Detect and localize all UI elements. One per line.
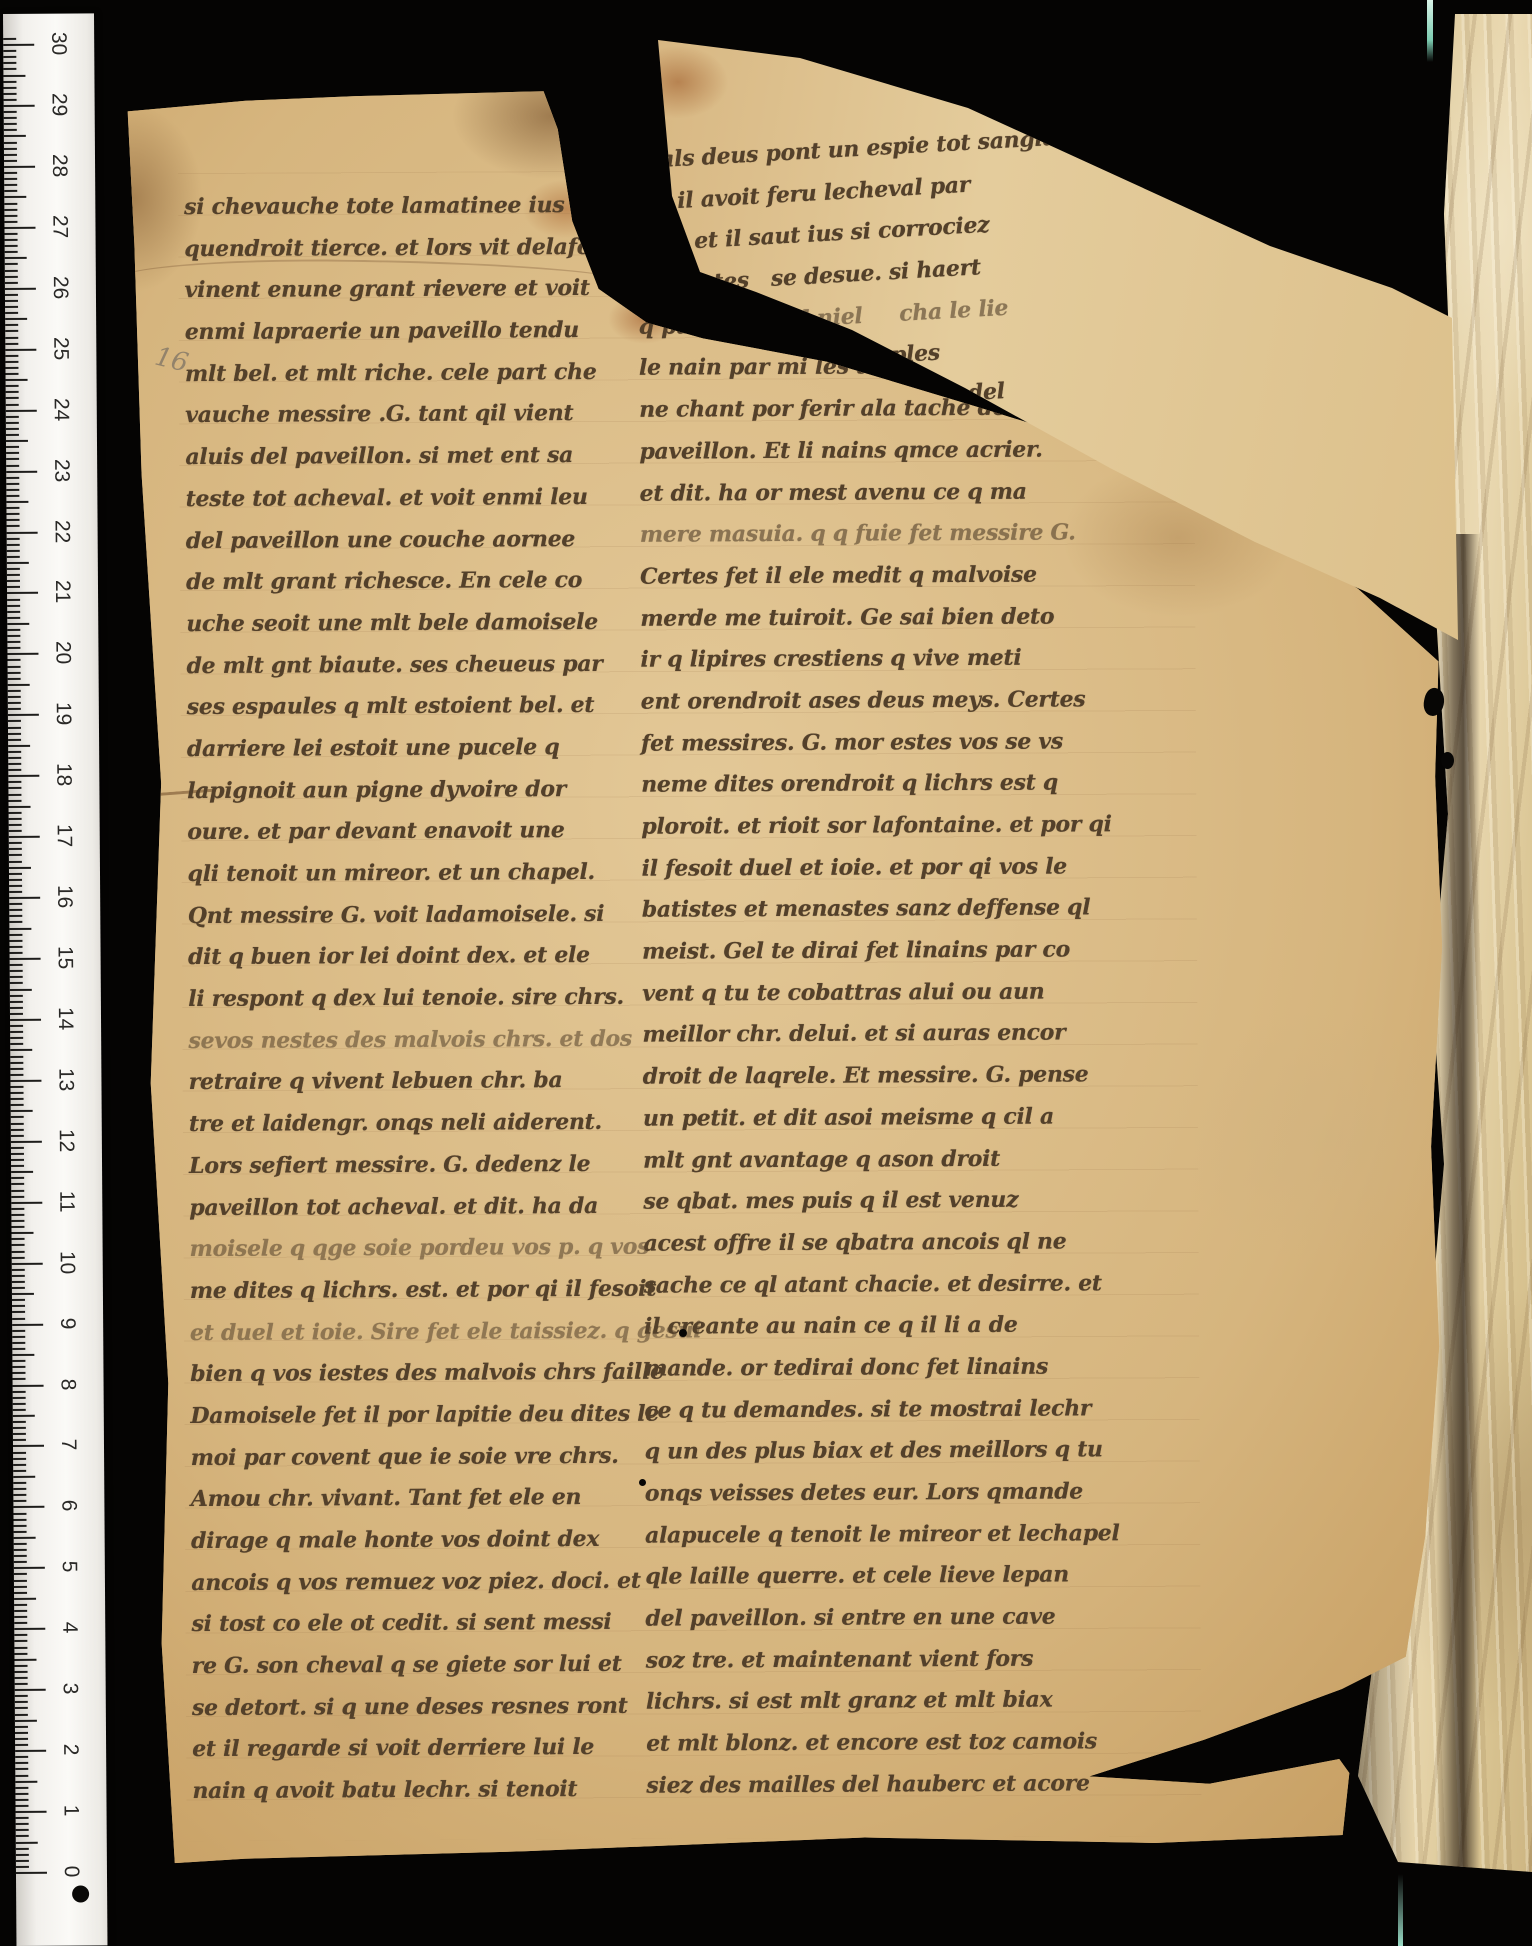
ruler-tick (16, 1872, 47, 1874)
ruler-tick (4, 227, 35, 229)
ruler-tick (5, 239, 18, 241)
ruler-tick (16, 1841, 38, 1843)
ruler-tick (8, 714, 39, 716)
ruler-tick (13, 1500, 26, 1502)
ruler-tick (11, 1116, 24, 1118)
ruler-tick (13, 1512, 26, 1514)
ruler-tick (7, 556, 20, 558)
ruler-tick (16, 1829, 29, 1831)
manuscript-line: soz tre. et maintenant vient fors (646, 1638, 1126, 1682)
ruler-tick (13, 1384, 44, 1386)
manuscript-line: li respont q dex lui tenoie. sire chrs. (188, 977, 678, 1021)
ruler-tick (9, 866, 31, 868)
ruler-tick (14, 1628, 45, 1630)
ruler-tick (5, 276, 18, 278)
ruler-tick (11, 1159, 24, 1161)
ruler-tick (8, 672, 21, 674)
ruler-tick (14, 1543, 27, 1545)
ruler-tick (10, 1062, 23, 1064)
ruler-tick (7, 653, 38, 655)
manuscript-line: et il regarde si voit derriere lui le (192, 1727, 682, 1771)
ruler-tick (14, 1640, 27, 1642)
manuscript-line: onqs veisses detes eur. Lors qmande (645, 1471, 1125, 1515)
manuscript-line: de mlt gnt biaute. ses cheueus par (186, 643, 676, 687)
ruler-tick (10, 1055, 23, 1057)
ruler-tick (6, 483, 19, 485)
ruler-tick (15, 1695, 28, 1697)
ruler-tick (4, 87, 17, 89)
ruler-tick (4, 221, 17, 223)
ruler-tick (13, 1397, 26, 1399)
manuscript-line: acest offre il se qbatra ancois ql ne (643, 1221, 1123, 1265)
ruler-tick (5, 367, 18, 369)
ruler-tick (13, 1439, 26, 1441)
ruler-tick (13, 1403, 26, 1405)
ruler-tick (4, 202, 17, 204)
manuscript-line: paveillon tot acheval. et dit. ha da (189, 1185, 679, 1229)
ruler-tick (8, 751, 21, 753)
ruler-number: 17 (52, 819, 76, 853)
ruler-tick (6, 416, 19, 418)
ruler-number: 11 (54, 1184, 78, 1218)
ruler-tick (6, 391, 19, 393)
manuscript-line: del paveillon. si entre en une cave (645, 1596, 1125, 1640)
ruler-tick (11, 1220, 24, 1222)
ruler-tick (16, 1817, 29, 1819)
ruler-tick (5, 318, 27, 320)
ruler-tick (4, 209, 17, 211)
ruler-tick (12, 1256, 25, 1258)
ruler-tick (3, 62, 16, 64)
ruler-tick (14, 1531, 27, 1533)
ruler-tick (12, 1293, 34, 1295)
ruler-tick (7, 568, 20, 570)
ruler-tick (13, 1451, 26, 1453)
ruler-tick (8, 745, 30, 747)
ruler-tick (7, 550, 20, 552)
ruler-tick (8, 757, 21, 759)
ruler-tick (9, 903, 22, 905)
ruler-tick (13, 1391, 26, 1393)
ruler-tick (6, 446, 19, 448)
ruler-tick (13, 1470, 26, 1472)
ruler-tick (14, 1616, 27, 1618)
ruler-tick (11, 1122, 24, 1124)
ruler-tick (15, 1665, 28, 1667)
ruler-number: 21 (50, 575, 74, 609)
ruler-tick (9, 909, 22, 911)
manuscript-line: et mlt blonz. et encore est toz camois (646, 1721, 1126, 1765)
ruler-tick (6, 403, 19, 405)
ruler-tick (15, 1799, 28, 1801)
wormhole (679, 1329, 687, 1337)
ruler-tick (15, 1738, 28, 1740)
ruler-tick (12, 1244, 25, 1246)
ruler-tick (14, 1646, 27, 1648)
ruler-tick (7, 623, 29, 625)
glass-edge-top (1427, 0, 1433, 62)
ruler-tick (15, 1701, 28, 1703)
ruler-tick (9, 836, 40, 838)
ruler-tick (10, 952, 23, 954)
manuscript-line: merde me tuiroit. Ge sai bien deto (640, 596, 1120, 640)
ruler-tick (5, 324, 18, 326)
ruler-tick (10, 958, 41, 960)
ruler-tick (10, 1043, 23, 1045)
ruler-tick (12, 1275, 25, 1277)
ruler-tick (8, 684, 30, 686)
manuscript-line: dirage q male honte vos doint dex (191, 1518, 681, 1562)
ruler-tick (5, 251, 18, 253)
ruler-tick (10, 1001, 23, 1003)
manuscript-line: vent q tu te cobattras alui ou aun (642, 971, 1122, 1015)
ruler-tick (11, 1129, 24, 1131)
ruler-tick (14, 1567, 45, 1569)
manuscript-line: lichrs. si est mlt granz et mlt biax (646, 1680, 1126, 1724)
ruler-tick (5, 288, 36, 290)
manuscript-line: Certes fet il ele medit q malvoise (640, 554, 1120, 598)
ruler-tick (5, 343, 18, 345)
ruler-tick (6, 470, 37, 472)
ruler-tick (13, 1427, 26, 1429)
manuscript-line: Lors sefiert messire. G. dedenz le (189, 1143, 679, 1187)
ruler-tick (9, 891, 22, 893)
ruler-tick (8, 781, 21, 783)
ruler-tick (15, 1677, 28, 1679)
ruler-tick (6, 501, 28, 503)
ruler-tick (13, 1482, 26, 1484)
ruler-tick (5, 306, 18, 308)
ruler-number: 20 (50, 636, 74, 670)
ruler-tick (4, 129, 17, 131)
ruler-tick (15, 1768, 28, 1770)
ruler-tick (10, 1049, 32, 1051)
manuscript-line: fet messires. G. mor estes vos se vs (641, 721, 1121, 765)
ruler-tick (15, 1750, 46, 1752)
manuscript-photo-stage: 16 si chevauche tote lamatinee iusquendr… (0, 0, 1532, 1946)
manuscript-line: et duel et ioie. Sire fet ele taissiez. … (190, 1310, 680, 1354)
ruler-tick (11, 1147, 24, 1149)
ruler-tick (11, 1226, 24, 1228)
manuscript-line: Amou chr. vivant. Tant fet ele en (191, 1477, 681, 1521)
ruler-tick (6, 409, 37, 411)
ruler-tick (9, 842, 22, 844)
ruler-tick (14, 1610, 27, 1612)
ruler-number: 30 (46, 27, 70, 61)
manuscript-line: retraire q vivent lebuen chr. ba (189, 1060, 679, 1104)
manuscript-line: paveillon. Et li nains qmce acrier. (639, 429, 1119, 473)
ruler-tick (7, 519, 20, 521)
ruler-tick (4, 99, 17, 101)
ruler-tick (4, 154, 17, 156)
ruler-tick (11, 1208, 24, 1210)
ruler-number: 4 (57, 1611, 81, 1645)
glass-edge-bottom (1398, 1874, 1403, 1946)
ruler-tick (15, 1671, 28, 1673)
ruler-tick (4, 160, 17, 162)
manuscript-line: il creante au nain ce q il li a de (644, 1304, 1124, 1348)
ruler-tick (12, 1342, 25, 1344)
ruler-tick (10, 1037, 23, 1039)
ruler-tick (9, 860, 22, 862)
ruler-tick (5, 257, 27, 259)
ruler-tick (8, 678, 21, 680)
ruler-tick (16, 1854, 29, 1856)
ruler-number: 8 (55, 1367, 79, 1401)
manuscript-line: ent orendroit ases deus meys. Certes (641, 679, 1121, 723)
ruler-number: 0 (59, 1854, 83, 1888)
ruler-tick (6, 385, 19, 387)
manuscript-line: ce q tu demandes. si te mostrai lechr (644, 1388, 1124, 1432)
manuscript-line: ir q lipires crestiens q vive meti (640, 637, 1120, 681)
ruler-tick (9, 812, 22, 814)
ruler-tick (9, 873, 22, 875)
ruler-tick (13, 1476, 35, 1478)
ruler-tick (14, 1585, 27, 1587)
ruler-tick (5, 336, 18, 338)
ruler-tick (6, 397, 19, 399)
ruler-number: 9 (55, 1306, 79, 1340)
ruler-tick (14, 1579, 27, 1581)
manuscript-line: alapucele q tenoit le mireor et lechapel (645, 1513, 1125, 1557)
ruler-tick (3, 68, 16, 70)
ruler-tick (8, 659, 21, 661)
column-a: si chevauche tote lamatinee iusquendroit… (184, 185, 683, 1813)
ruler-tick (15, 1713, 28, 1715)
ruler-tick (11, 1141, 42, 1143)
ruler-tick (13, 1409, 26, 1411)
ruler-tick (8, 739, 21, 741)
ruler-tick (8, 726, 21, 728)
ruler-tick (14, 1518, 27, 1520)
ruler-tick (12, 1269, 25, 1271)
manuscript-line: meillor chr. delui. et si auras encor (642, 1013, 1122, 1057)
ruler-tick (12, 1323, 43, 1325)
ruler-tick (16, 1860, 29, 1862)
ruler-tick (10, 1013, 23, 1015)
manuscript-line: si chevauche tote lamatinee ius (184, 185, 674, 229)
ruler-tick (15, 1683, 28, 1685)
ruler-number: 14 (53, 1001, 77, 1035)
ruler-tick (13, 1378, 26, 1380)
ruler-number: 16 (52, 880, 76, 914)
ruler-tick (7, 598, 20, 600)
ruler-tick (11, 1177, 24, 1179)
ruler-tick (12, 1281, 25, 1283)
ruler-tick (10, 988, 32, 990)
manuscript-line: tre et laidengr. onqs neli aiderent. (189, 1102, 679, 1146)
ruler-tick (9, 818, 22, 820)
manuscript-line: Damoisele fet il por lapitie deu dites l… (190, 1393, 680, 1437)
ruler-number: 19 (51, 697, 75, 731)
ruler-tick (15, 1726, 28, 1728)
ruler-tick (15, 1780, 37, 1782)
ruler-tick (10, 1025, 23, 1027)
manuscript-line: re G. son cheval q se giete sor lui et (192, 1644, 682, 1688)
ruler-tick (11, 1196, 24, 1198)
ruler-tick (5, 282, 18, 284)
ruler-tick (10, 1068, 23, 1070)
ruler-tick (3, 56, 16, 58)
manuscript-line: qle laille querre. et cele lieve lepan (645, 1555, 1125, 1599)
ruler-tick (13, 1421, 26, 1423)
ruler-tick (16, 1811, 47, 1813)
ruler-tick (7, 641, 20, 643)
manuscript-line: se qbat. mes puis q il est venuz (643, 1179, 1123, 1223)
manuscript-line: del paveillon une couche aornee (186, 518, 676, 562)
ruler-number: 10 (55, 1245, 79, 1279)
ruler-tick (6, 477, 19, 479)
ruler-tick (9, 824, 22, 826)
ruler-tick (14, 1622, 27, 1624)
ruler-tick (11, 1183, 24, 1185)
ruler-tick (14, 1604, 27, 1606)
manuscript-line: mere masuia. q q fuie fet messire G. (640, 512, 1120, 556)
ruler-tick (12, 1287, 25, 1289)
manuscript-line: nain q avoit batu lechr. si tenoit (192, 1769, 682, 1813)
manuscript-line: et dit. ha or mest avenu ce q ma (640, 471, 1120, 515)
ruler-tick (12, 1232, 34, 1234)
ruler-tick (6, 507, 19, 509)
manuscript-line: darriere lei estoit une pucele q (187, 726, 677, 770)
ruler-tick (12, 1238, 25, 1240)
ruler-tick (13, 1415, 35, 1417)
ruler-tick (8, 775, 39, 777)
manuscript-line: mlt bel. et mlt riche. cele part che (185, 351, 675, 395)
ruler-number: 24 (49, 392, 73, 426)
ruler-tick (12, 1348, 25, 1350)
ruler: 0123456789101112131415161718192021222324… (3, 13, 107, 1946)
ruler-tick (7, 629, 20, 631)
ruler-tick (7, 611, 20, 613)
ruler-tick (4, 215, 17, 217)
ruler-tick (9, 854, 22, 856)
ruler-tick (15, 1756, 28, 1758)
ruler-tick (7, 544, 20, 546)
manuscript-line: enmi lapraerie un paveillo tendu (185, 310, 675, 354)
ruler-tick (9, 848, 22, 850)
ruler-tick (9, 934, 22, 936)
ruler-tick (6, 513, 19, 515)
manuscript-line: moisele q qge soie pordeu vos p. q vos (189, 1227, 679, 1271)
ruler-tick (4, 105, 35, 107)
ruler-tick (14, 1525, 27, 1527)
ruler-number: 22 (49, 514, 73, 548)
ruler-tick (16, 1847, 29, 1849)
manuscript-line: Qnt messire G. voit ladamoisele. si (188, 893, 678, 937)
manuscript-line: teste tot acheval. et voit enmi leu (186, 476, 676, 520)
manuscript-line: il fesoit duel et ioie. et por qi vos le (641, 846, 1121, 890)
ruler-tick (9, 927, 31, 929)
ruler-tick (15, 1719, 37, 1721)
ruler-tick (11, 1153, 24, 1155)
ruler-tick (4, 196, 26, 198)
manuscript-line: vinent enune grant rievere et voit (184, 268, 674, 312)
ruler-tick (11, 1110, 33, 1112)
ruler-tick (14, 1598, 36, 1600)
ruler-tick (14, 1537, 36, 1539)
ruler-tick (4, 190, 17, 192)
ruler-tick (3, 81, 16, 83)
manuscript-line: uche seoit une mlt bele damoisele (186, 601, 676, 645)
ruler-tick (5, 349, 36, 351)
manuscript-line: vauche messire .G. tant qil vient (185, 393, 675, 437)
ruler-tick (12, 1299, 25, 1301)
ruler-tick (9, 915, 22, 917)
ruler-tick (4, 172, 17, 174)
ruler-number: 3 (58, 1672, 82, 1706)
ruler-number: 15 (52, 941, 76, 975)
ruler-tick (13, 1506, 44, 1508)
ruler-tick (11, 1135, 24, 1137)
ruler-tick (4, 111, 17, 113)
ruler-number: 13 (53, 1062, 77, 1096)
ruler-number: 7 (56, 1428, 80, 1462)
manuscript-line: q un des plus biax et des meillors q tu (645, 1429, 1125, 1473)
manuscript-line: ancois q vos remuez voz piez. doci. et (191, 1560, 681, 1604)
ruler-number: 6 (56, 1489, 80, 1523)
manuscript-line: dit q buen ior lei doint dex. et ele (188, 935, 678, 979)
manuscript-line: oure. et par devant enavoit une (187, 810, 677, 854)
ruler-tick (14, 1561, 27, 1563)
ruler-tick (12, 1366, 25, 1368)
manuscript-line: un petit. et dit asoi meisme q cil a (643, 1096, 1123, 1140)
manuscript-line: sache ce ql atant chacie. et desirre. et (644, 1263, 1124, 1307)
ruler-tick (16, 1835, 29, 1837)
ruler-tick (13, 1488, 26, 1490)
ruler-tick (11, 1214, 24, 1216)
manuscript-line: se detort. si q une deses resnes ront (192, 1685, 682, 1729)
ruler-tick (13, 1464, 26, 1466)
ruler-tick (4, 178, 17, 180)
ruler-tick (4, 117, 17, 119)
ruler-tick (10, 1086, 23, 1088)
wormhole (639, 1479, 646, 1486)
ruler-tick (16, 1823, 29, 1825)
ruler-tick (5, 300, 18, 302)
ruler-tick (8, 665, 21, 667)
manuscript-line: aluis del paveillon. si met ent sa (185, 435, 675, 479)
ruler-number: 28 (47, 148, 71, 182)
manuscript-line: si tost co ele ot cedit. si sent messi (191, 1602, 681, 1646)
ruler-tick (5, 233, 18, 235)
ruler-tick (14, 1659, 36, 1661)
ruler-tick (12, 1262, 43, 1264)
ruler-tick (9, 885, 22, 887)
ruler-tick (8, 696, 21, 698)
ruler-tick (8, 690, 21, 692)
ruler-tick (8, 769, 21, 771)
manuscript-line: neme dites orendroit q lichrs est q (641, 762, 1121, 806)
manuscript-line: mlt gnt avantage q ason droit (643, 1138, 1123, 1182)
manuscript-line: quendroit tierce. et lors vit delaforest (184, 226, 674, 270)
ruler-tick (10, 976, 23, 978)
ruler-tick (12, 1360, 25, 1362)
ruler-tick (3, 44, 34, 46)
ruler-tick (10, 1007, 23, 1009)
ruler-tick (8, 708, 21, 710)
manuscript-line: ses espaules q mlt estoient bel. et (187, 685, 677, 729)
ruler-tick (10, 1019, 41, 1021)
ruler-tick (10, 1074, 23, 1076)
ruler-number: 23 (49, 453, 73, 487)
ruler-tick (7, 617, 20, 619)
ruler-tick (3, 50, 16, 52)
ruler-tick (9, 921, 22, 923)
manuscript-line: batistes et menastes sanz deffense ql (642, 888, 1122, 932)
ruler-tick (8, 720, 21, 722)
ruler-tick (8, 800, 21, 802)
